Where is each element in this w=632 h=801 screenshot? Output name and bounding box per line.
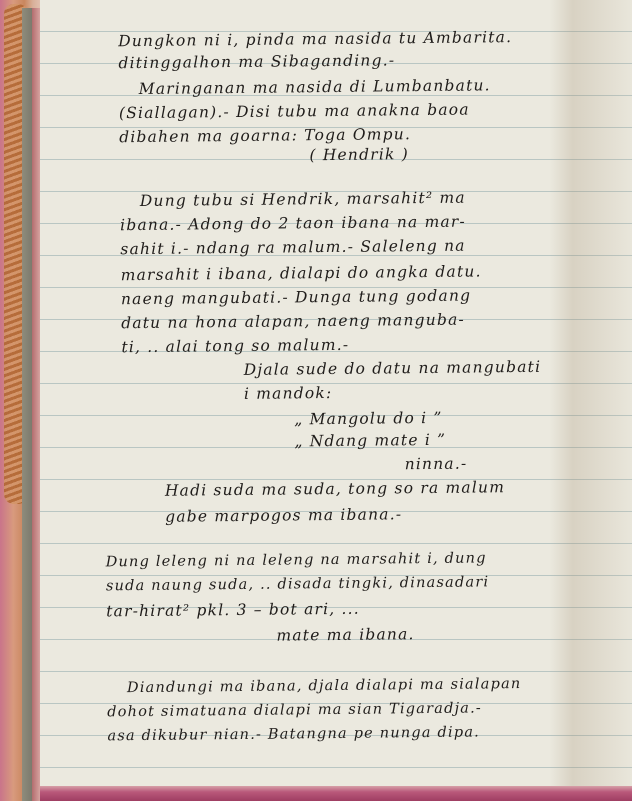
- text-line: marsahit i ibana, dialapi do angka datu.: [121, 262, 482, 284]
- text-line: Maringanan ma nasida di Lumbanbatu.: [139, 76, 491, 98]
- text-line: dibahen ma goarna: Toga Ompu.: [119, 125, 411, 146]
- text-line: gabe marpogos ma ibana.-: [165, 505, 402, 525]
- page-stack-edge: [22, 8, 32, 801]
- text-line: Hadi suda ma suda, tong so ra malum: [165, 478, 505, 500]
- text-line: „ Ndang mate i ”: [294, 431, 446, 451]
- text-line: ninna.-: [405, 455, 468, 474]
- page-stack-edge-red: [32, 8, 40, 801]
- text-line: Dung tubu si Hendrik, marsahit² ma: [140, 189, 466, 210]
- text-line: ( Hendrik ): [309, 145, 409, 164]
- text-line: (Siallagan).- Disi tubu ma anakna baoa: [119, 101, 470, 123]
- text-line: Djala sude do datu na mangubati: [244, 358, 542, 379]
- text-line: sahit i.- ndang ra malum.- Saleleng na: [120, 237, 466, 259]
- text-line: ibana.- Adong do 2 taon ibana na mar-: [120, 213, 466, 235]
- text-line: ti, .. alai tong so malum.-: [121, 336, 349, 356]
- notebook-cover-bottom: [40, 786, 632, 801]
- text-line: mate ma ibana.: [276, 625, 414, 644]
- text-line: naeng mangubati.- Dunga tung godang: [121, 287, 472, 309]
- text-line: datu na hona alapan, naeng manguba-: [121, 311, 465, 333]
- text-line: ditinggalhon ma Sibaganding.-: [118, 51, 395, 72]
- text-line: i mandok:: [244, 384, 333, 403]
- text-line: tar-hirat² pkl. 3 – bot ari, ...: [106, 600, 360, 621]
- text-line: „ Mangolu do i ”: [294, 409, 443, 429]
